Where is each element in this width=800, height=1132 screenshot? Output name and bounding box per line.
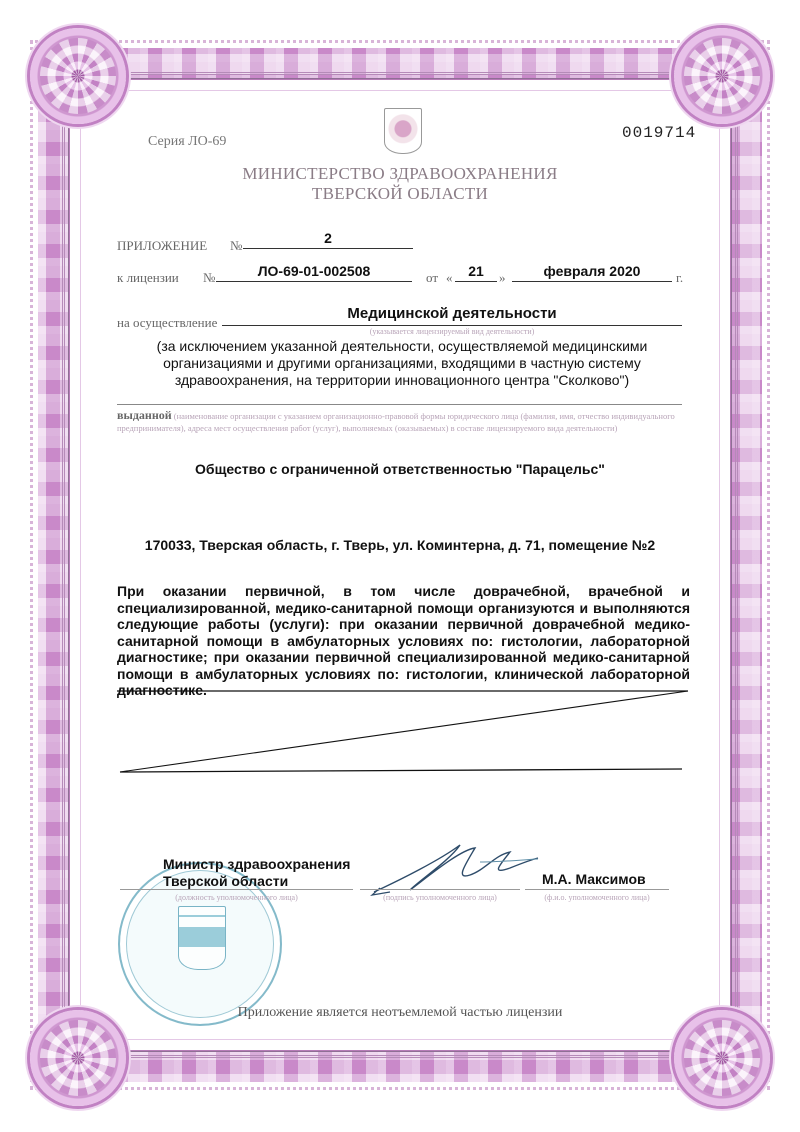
blank-space-cancel-lines: [100, 680, 700, 780]
license-month-year: февраля 2020: [512, 263, 672, 282]
license-day: 21: [455, 263, 497, 282]
corner-rosette-icon: [30, 28, 126, 124]
appendix-number: 2: [243, 230, 413, 249]
ministry-title-line1: МИНИСТЕРСТВО ЗДРАВООХРАНЕНИЯ: [0, 164, 800, 184]
signatory-position-line2: Тверской области: [163, 873, 350, 890]
position-caption: (должность уполномоченного лица): [120, 893, 353, 902]
position-underline: [120, 889, 353, 890]
issued-caption: (наименование организации с указанием ор…: [117, 411, 675, 433]
license-number: ЛО-69-01-002508: [216, 263, 412, 282]
activity-exclusion-text: (за исключением указанной деятельности, …: [112, 338, 692, 389]
issued-label: выданной: [117, 408, 172, 422]
series-label: Серия ЛО-69: [148, 134, 226, 150]
handwritten-signature-icon: [360, 840, 540, 900]
signatory-position-line1: Министр здравоохранения: [163, 856, 350, 873]
appendix-number-sign: №: [230, 238, 242, 254]
activity-value: Медицинской деятельности: [222, 305, 682, 326]
close-quote: »: [499, 270, 506, 286]
ministry-title-line2: ТВЕРСКОЙ ОБЛАСТИ: [0, 184, 800, 204]
footer-note: Приложение является неотъемлемой частью …: [0, 1005, 800, 1021]
name-underline: [525, 889, 669, 890]
signatory-position: Министр здравоохранения Тверской области: [163, 856, 350, 890]
divider-line: [117, 404, 682, 405]
license-number-sign: №: [203, 270, 215, 286]
organization-address: 170033, Тверская область, г. Тверь, ул. …: [0, 537, 800, 553]
year-suffix: г.: [676, 270, 683, 286]
corner-rosette-icon: [674, 28, 770, 124]
license-label: к лицензии: [117, 270, 179, 286]
activity-caption: (указывается лицензируемый вид деятельно…: [222, 327, 682, 336]
license-appendix-page: Серия ЛО-69 0019714 МИНИСТЕРСТВО ЗДРАВОО…: [0, 0, 800, 1132]
open-quote: «: [446, 270, 453, 286]
signature-caption: (подпись уполномоченного лица): [360, 893, 520, 902]
appendix-label: ПРИЛОЖЕНИЕ: [117, 238, 207, 254]
activity-label: на осуществление: [117, 315, 217, 331]
tver-coat-of-arms-icon: [178, 906, 226, 970]
corner-rosette-icon: [30, 1010, 126, 1106]
signatory-name: М.А. Максимов: [542, 871, 646, 887]
issued-block: выданной (наименование организации с ука…: [117, 409, 687, 434]
name-caption: (ф.и.о. уполномоченного лица): [525, 893, 669, 902]
organization-name: Общество с ограниченной ответственностью…: [0, 461, 800, 477]
license-from-label: от: [426, 270, 438, 286]
corner-rosette-icon: [674, 1010, 770, 1106]
coat-of-arms-icon: [384, 108, 422, 154]
signature-underline: [360, 889, 520, 890]
serial-number: 0019714: [622, 124, 696, 142]
